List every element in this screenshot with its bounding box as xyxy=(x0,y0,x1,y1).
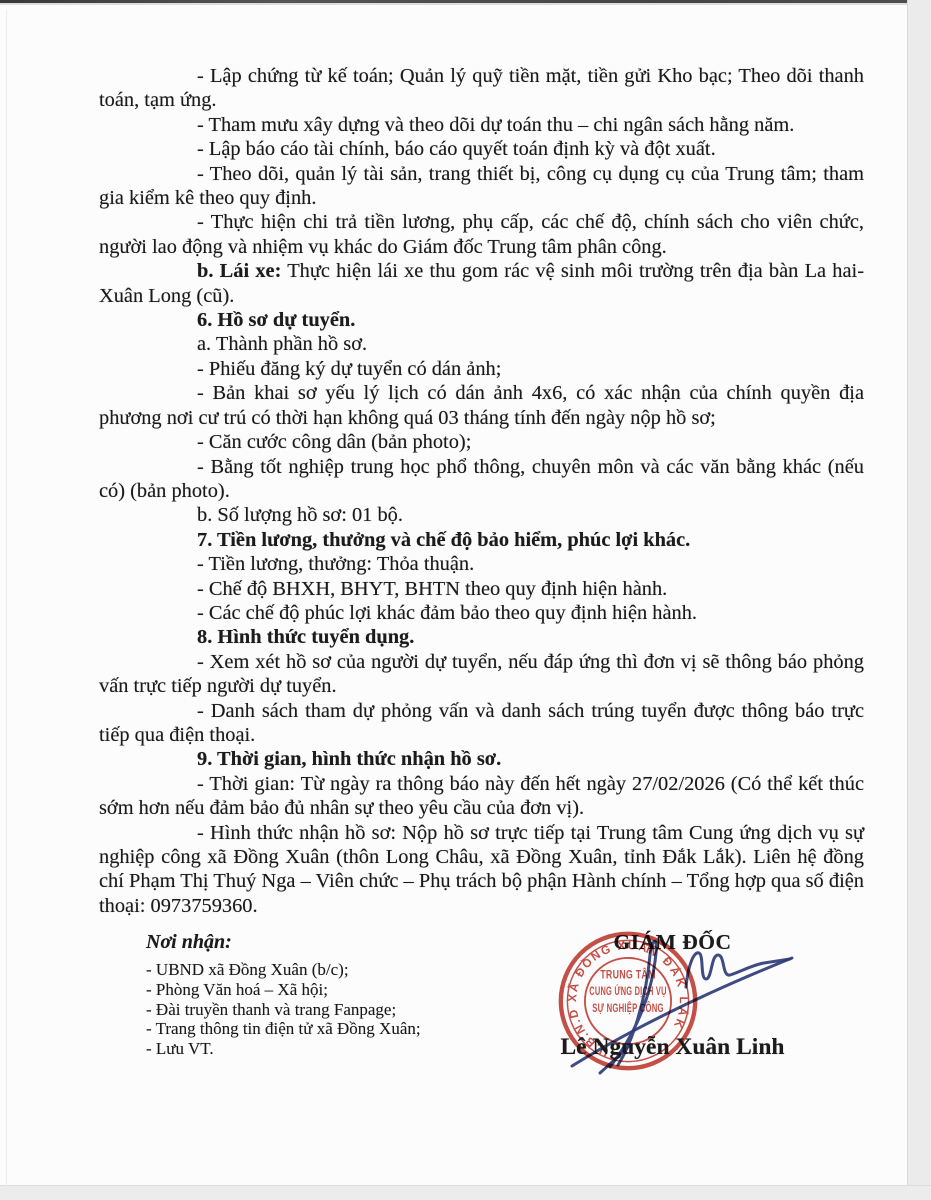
section-heading-9: 9. Thời gian, hình thức nhận hồ sơ. xyxy=(99,747,864,771)
body-paragraph: - Danh sách tham dự phỏng vấn và danh sá… xyxy=(99,699,864,748)
recipient-item: - Đài truyền thanh và trang Fanpage; xyxy=(146,1000,421,1020)
body-paragraph: - Chế độ BHXH, BHYT, BHTN theo quy định … xyxy=(99,577,864,601)
body-paragraph: - Bằng tốt nghiệp trung học phổ thông, c… xyxy=(99,455,864,504)
body-paragraph: b. Số lượng hồ sơ: 01 bộ. xyxy=(99,503,864,527)
recipient-item: - Trang thông tin điện tử xã Đồng Xuân; xyxy=(146,1019,421,1039)
signer-name: Lê Nguyễn Xuân Linh xyxy=(540,1034,805,1061)
body-paragraph: - Tham mưu xây dựng và theo dõi dự toán … xyxy=(99,113,864,137)
recipient-item: - Lưu VT. xyxy=(146,1039,421,1059)
section-heading-7: 7. Tiền lương, thưởng và chế độ bảo hiểm… xyxy=(99,528,864,552)
body-paragraph: - Tiền lương, thưởng: Thỏa thuận. xyxy=(99,552,864,576)
scan-right-edge-artifact xyxy=(907,0,931,1200)
body-paragraph: - Theo dõi, quản lý tài sản, trang thiết… xyxy=(99,162,864,211)
recipients-heading: Nơi nhận: xyxy=(146,931,421,953)
body-paragraph: a. Thành phần hồ sơ. xyxy=(99,332,864,356)
body-paragraph: - Thời gian: Từ ngày ra thông báo này đế… xyxy=(99,772,864,821)
recipients-block: Nơi nhận: - UBND xã Đồng Xuân (b/c); - P… xyxy=(146,931,421,1059)
body-paragraph: - Thực hiện chi trả tiền lương, phụ cấp,… xyxy=(99,210,864,259)
scan-top-edge-shadow xyxy=(0,3,931,5)
body-paragraph: - Phiếu đăng ký dự tuyển có dán ảnh; xyxy=(99,357,864,381)
driver-role-label: b. Lái xe: xyxy=(197,260,281,282)
scanned-document-page: - Lập chứng từ kế toán; Quản lý quỹ tiền… xyxy=(0,0,931,1200)
body-paragraph: - Xem xét hồ sơ của người dự tuyển, nếu … xyxy=(99,650,864,699)
recipient-item: - Phòng Văn hoá – Xã hội; xyxy=(146,980,421,1000)
body-paragraph: - Các chế độ phúc lợi khác đảm bảo theo … xyxy=(99,601,864,625)
recipient-item: - UBND xã Đồng Xuân (b/c); xyxy=(146,960,421,980)
section-heading-8: 8. Hình thức tuyển dụng. xyxy=(99,625,864,649)
body-paragraph: - Bản khai sơ yếu lý lịch có dán ảnh 4x6… xyxy=(99,381,864,430)
section-heading-6: 6. Hồ sơ dự tuyển. xyxy=(99,308,864,332)
body-paragraph: - Căn cước công dân (bản photo); xyxy=(99,430,864,454)
recipients-list: - UBND xã Đồng Xuân (b/c); - Phòng Văn h… xyxy=(146,960,421,1059)
scan-left-edge-line xyxy=(6,10,7,1190)
body-paragraph: - Lập báo cáo tài chính, báo cáo quyết t… xyxy=(99,137,864,161)
scan-bottom-edge-artifact xyxy=(0,1185,931,1200)
body-paragraph-driver-role: b. Lái xe: Thực hiện lái xe thu gom rác … xyxy=(99,259,864,308)
handwritten-signature xyxy=(460,895,880,1095)
body-paragraph: - Lập chứng từ kế toán; Quản lý quỹ tiền… xyxy=(99,64,864,113)
document-body: - Lập chứng từ kế toán; Quản lý quỹ tiền… xyxy=(99,64,864,918)
